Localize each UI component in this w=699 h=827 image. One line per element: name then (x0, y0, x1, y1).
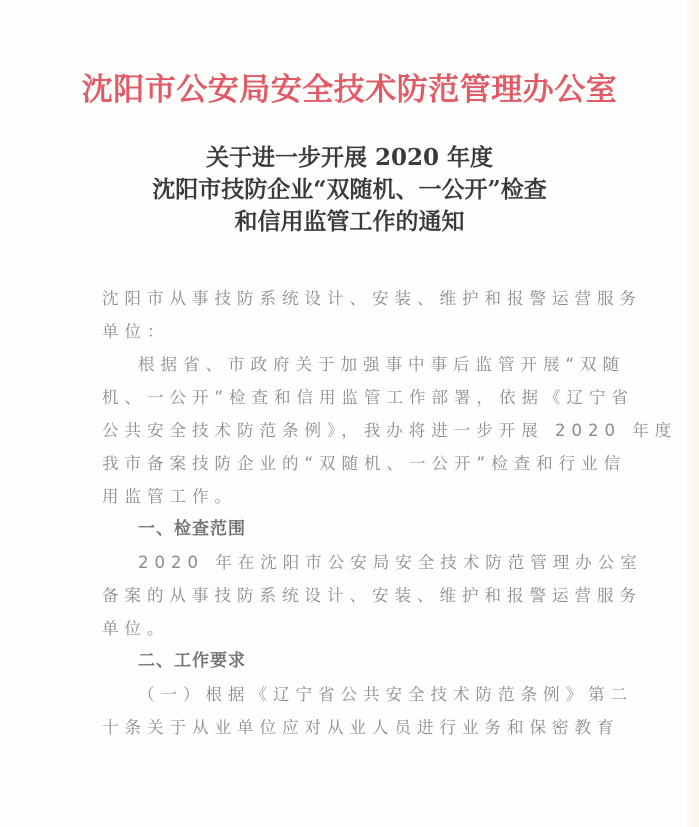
title-line-1: 关于进一步开展 2020 年度 (0, 142, 699, 174)
scope-line-1: 2020 年在沈阳市公安局安全技术防范管理办公室 (102, 546, 582, 579)
title-line-2: 沈阳市技防企业“双随机、一公开”检查 (0, 174, 699, 206)
intro-line-2: 机、一公开”检查和信用监管工作部署，依据《辽宁省 (102, 381, 582, 414)
intro-line-1: 根据省、市政府关于加强事中事后监管开展“双随 (102, 348, 582, 381)
page-edge-shadow (685, 0, 699, 827)
requirements-line-2: 十条关于从业单位应对从业人员进行业务和保密教育 (102, 711, 582, 744)
intro-line-5: 用监管工作。 (102, 480, 582, 513)
section-heading-scope: 一、检查范围 (102, 513, 582, 546)
scope-line-3: 单位。 (102, 612, 582, 645)
requirements-line-1: （一）根据《辽宁省公共安全技术防范条例》第二 (102, 678, 582, 711)
scope-line-2: 备案的从事技防系统设计、安装、维护和报警运营服务 (102, 579, 582, 612)
salutation-line-2: 单位： (102, 315, 582, 348)
intro-line-4: 我市备案技防企业的“双随机、一公开”检查和行业信 (102, 447, 582, 480)
org-letterhead: 沈阳市公安局安全技术防范管理办公室 (0, 70, 699, 110)
intro-line-3: 公共安全技术防范条例》，我办将进一步开展 2020 年度 (102, 414, 582, 447)
document-title: 关于进一步开展 2020 年度 沈阳市技防企业“双随机、一公开”检查 和信用监管… (0, 142, 699, 238)
title-line-3: 和信用监管工作的通知 (0, 206, 699, 238)
document-body: 沈阳市从事技防系统设计、安装、维护和报警运营服务 单位： 根据省、市政府关于加强… (102, 282, 582, 744)
section-heading-requirements: 二、工作要求 (102, 645, 582, 678)
salutation-line-1: 沈阳市从事技防系统设计、安装、维护和报警运营服务 (102, 282, 582, 315)
